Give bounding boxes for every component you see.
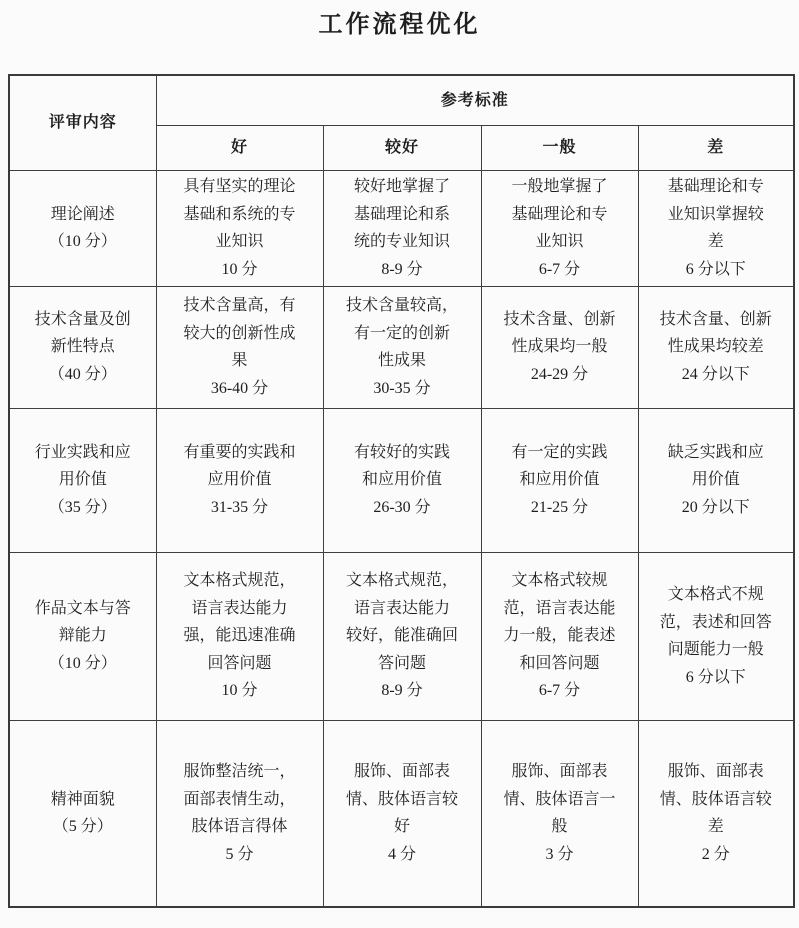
rubric-cell: 较好地掌握了 基础理论和系 统的专业知识 8-9 分 — [323, 170, 481, 286]
rubric-cell: 技术含量较高， 有一定的创新 性成果 30-35 分 — [323, 286, 481, 408]
criteria-cell: 理论阐述 （10 分） — [9, 170, 156, 286]
level-header-good: 好 — [156, 125, 323, 170]
rubric-cell: 文本格式规范， 语言表达能力 较好，能准确回 答问题 8-9 分 — [323, 552, 481, 720]
rubric-cell: 服饰、面部表 情、肢体语言一 般 3 分 — [481, 720, 638, 907]
table-row-theory: 理论阐述 （10 分） 具有坚实的理论 基础和系统的专 业知识 10 分 较好地… — [9, 170, 794, 286]
rubric-cell: 有重要的实践和 应用价值 31-35 分 — [156, 408, 323, 552]
table-row-practice: 行业实践和应 用价值 （35 分） 有重要的实践和 应用价值 31-35 分 有… — [9, 408, 794, 552]
rubric-cell: 缺乏实践和应 用价值 20 分以下 — [638, 408, 794, 552]
level-header-fairly-good: 较好 — [323, 125, 481, 170]
rubric-cell: 服饰、面部表 情、肢体语言较 好 4 分 — [323, 720, 481, 907]
page: 工作流程优化 评审内容 参考标准 好 较好 一般 差 理论阐述 （10 分） 具… — [0, 0, 799, 928]
evaluation-rubric-table: 评审内容 参考标准 好 较好 一般 差 理论阐述 （10 分） 具有坚实的理论 … — [8, 74, 795, 908]
table-row-text-defense: 作品文本与答 辩能力 （10 分） 文本格式规范， 语言表达能力 强，能迅速准确… — [9, 552, 794, 720]
standards-header: 参考标准 — [156, 75, 794, 125]
level-header-average: 一般 — [481, 125, 638, 170]
table-row-technical: 技术含量及创 新性特点 （40 分） 技术含量高，有 较大的创新性成 果 36-… — [9, 286, 794, 408]
rubric-cell: 技术含量、创新 性成果均较差 24 分以下 — [638, 286, 794, 408]
criteria-cell: 行业实践和应 用价值 （35 分） — [9, 408, 156, 552]
rubric-cell: 文本格式较规 范，语言表达能 力一般，能表述 和回答问题 6-7 分 — [481, 552, 638, 720]
rubric-cell: 技术含量、创新 性成果均一般 24-29 分 — [481, 286, 638, 408]
rubric-cell: 基础理论和专 业知识掌握较 差 6 分以下 — [638, 170, 794, 286]
rubric-cell: 技术含量高，有 较大的创新性成 果 36-40 分 — [156, 286, 323, 408]
criteria-cell: 作品文本与答 辩能力 （10 分） — [9, 552, 156, 720]
criteria-column-header: 评审内容 — [9, 75, 156, 170]
rubric-cell: 服饰、面部表 情、肢体语言较 差 2 分 — [638, 720, 794, 907]
rubric-cell: 一般地掌握了 基础理论和专 业知识 6-7 分 — [481, 170, 638, 286]
table-row-appearance: 精神面貌 （5 分） 服饰整洁统一， 面部表情生动， 肢体语言得体 5 分 服饰… — [9, 720, 794, 907]
rubric-cell: 文本格式规范， 语言表达能力 强，能迅速准确 回答问题 10 分 — [156, 552, 323, 720]
criteria-cell: 精神面貌 （5 分） — [9, 720, 156, 907]
rubric-cell: 服饰整洁统一， 面部表情生动， 肢体语言得体 5 分 — [156, 720, 323, 907]
level-header-poor: 差 — [638, 125, 794, 170]
header-row-standards: 评审内容 参考标准 — [9, 75, 794, 125]
rubric-cell: 具有坚实的理论 基础和系统的专 业知识 10 分 — [156, 170, 323, 286]
rubric-cell: 文本格式不规 范，表述和回答 问题能力一般 6 分以下 — [638, 552, 794, 720]
page-title: 工作流程优化 — [0, 0, 799, 41]
rubric-cell: 有一定的实践 和应用价值 21-25 分 — [481, 408, 638, 552]
criteria-cell: 技术含量及创 新性特点 （40 分） — [9, 286, 156, 408]
rubric-cell: 有较好的实践 和应用价值 26-30 分 — [323, 408, 481, 552]
